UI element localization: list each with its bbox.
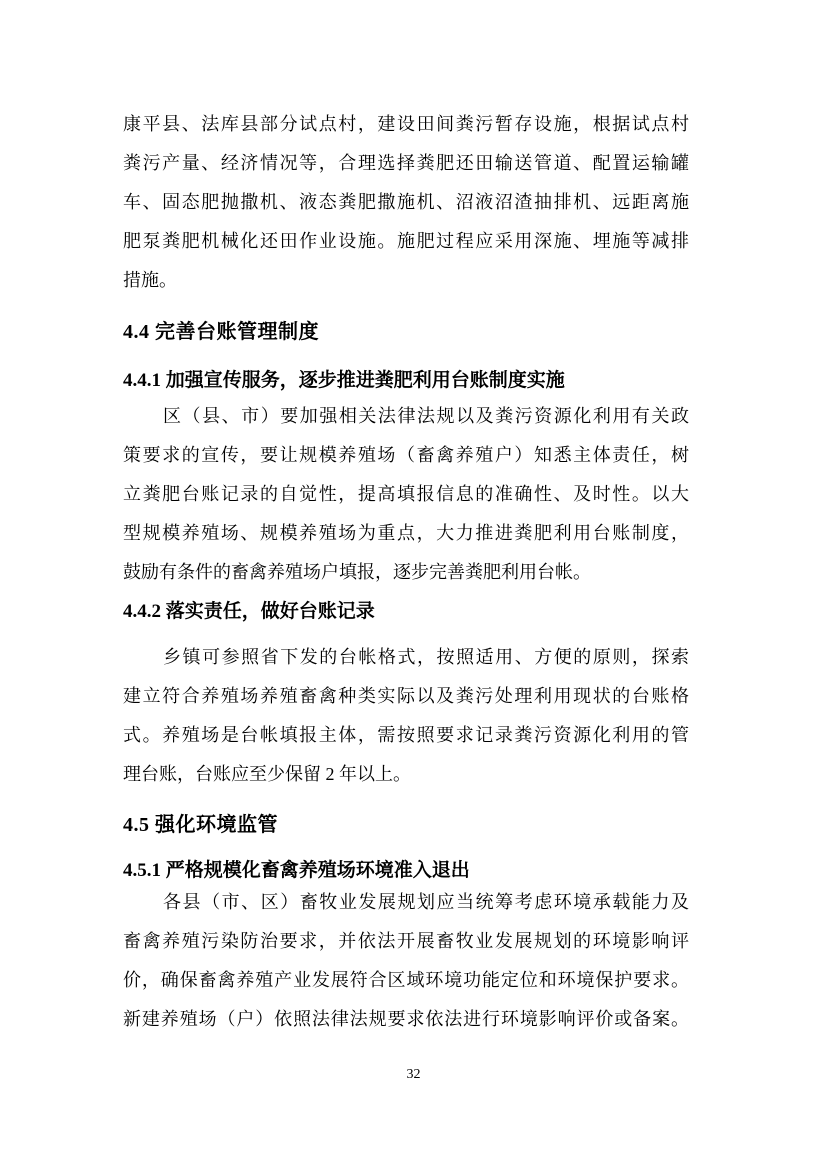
- text-line: 车、固态肥抛撒机、液态粪肥撒施机、沼液沼渣抽排机、远距离施: [123, 183, 689, 222]
- text-line: 乡镇可参照省下发的台帐格式，按照适用、方便的原则，探索: [123, 638, 689, 677]
- paragraph: 区（县、市）要加强相关法律法规以及粪污资源化利用有关政策要求的宣传，要让规模养殖…: [123, 397, 689, 592]
- subsection-heading: 4.4.1 加强宣传服务，逐步推进粪肥利用台账制度实施: [123, 369, 689, 393]
- text-line: 粪污产量、经济情况等，合理选择粪肥还田输送管道、配置运输罐: [123, 144, 689, 183]
- text-line: 各县（市、区）畜牧业发展规划应当统筹考虑环境承载能力及: [123, 883, 689, 922]
- paragraph: 乡镇可参照省下发的台帐格式，按照适用、方便的原则，探索建立符合养殖场养殖畜禽种类…: [123, 638, 689, 794]
- subsection-heading: 4.4.2 落实责任，做好台账记录: [123, 600, 689, 624]
- section-heading: 4.4 完善台账管理制度: [123, 319, 689, 345]
- subsection-heading: 4.5.1 严格规模化畜禽养殖场环境准入退出: [123, 859, 689, 883]
- page-footer: 32: [0, 1066, 827, 1084]
- paragraph: 各县（市、区）畜牧业发展规划应当统筹考虑环境承载能力及畜禽养殖污染防治要求，并依…: [123, 883, 689, 1039]
- page-number: 32: [407, 1067, 421, 1082]
- text-line: 式。养殖场是台帐填报主体，需按照要求记录粪污资源化利用的管: [123, 716, 689, 755]
- document-content: 康平县、法库县部分试点村，建设田间粪污暂存设施，根据试点村粪污产量、经济情况等，…: [123, 105, 689, 1039]
- paragraph: 康平县、法库县部分试点村，建设田间粪污暂存设施，根据试点村粪污产量、经济情况等，…: [123, 105, 689, 300]
- text-line: 肥泵粪肥机械化还田作业设施。施肥过程应采用深施、埋施等减排: [123, 222, 689, 261]
- text-line: 型规模养殖场、规模养殖场为重点，大力推进粪肥利用台账制度，: [123, 514, 689, 553]
- text-line: 畜禽养殖污染防治要求，并依法开展畜牧业发展规划的环境影响评: [123, 922, 689, 961]
- text-line: 鼓励有条件的畜禽养殖场户填报，逐步完善粪肥利用台帐。: [123, 553, 689, 592]
- text-line: 价，确保畜禽养殖产业发展符合区域环境功能定位和环境保护要求。: [123, 961, 689, 1000]
- text-line: 康平县、法库县部分试点村，建设田间粪污暂存设施，根据试点村: [123, 105, 689, 144]
- text-line: 新建养殖场（户）依照法律法规要求依法进行环境影响评价或备案。: [123, 1000, 689, 1039]
- text-line: 立粪肥台账记录的自觉性，提高填报信息的准确性、及时性。以大: [123, 475, 689, 514]
- text-line: 区（县、市）要加强相关法律法规以及粪污资源化利用有关政: [123, 397, 689, 436]
- text-line: 建立符合养殖场养殖畜禽种类实际以及粪污处理利用现状的台账格: [123, 677, 689, 716]
- text-line: 理台账，台账应至少保留 2 年以上。: [123, 755, 689, 794]
- text-line: 策要求的宣传，要让规模养殖场（畜禽养殖户）知悉主体责任，树: [123, 436, 689, 475]
- text-line: 措施。: [123, 261, 689, 300]
- section-heading: 4.5 强化环境监管: [123, 812, 689, 838]
